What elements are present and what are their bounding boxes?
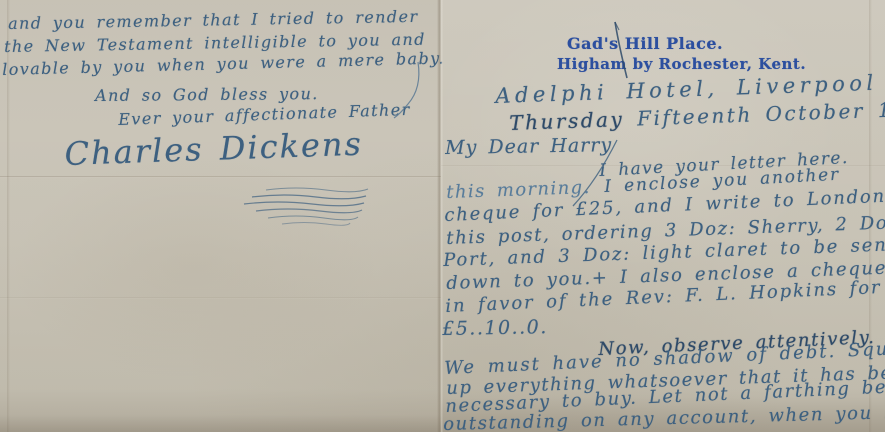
- letterhead-line-2: Higham by Rochester, Kent.: [557, 57, 806, 72]
- letter-page-left: and you remember that I tried to render …: [0, 0, 441, 432]
- closing-line: Ever your affectionate Father: [118, 102, 411, 128]
- fold-crease-horizontal: [0, 176, 441, 178]
- handwriting-line: and you remember that I tried to render: [8, 9, 419, 32]
- fold-crease-horizontal-faint: [0, 297, 441, 299]
- closing-blessing-line: And so God bless you.: [95, 86, 319, 104]
- signature-flourish: [238, 186, 372, 228]
- pen-stroke-flourish: [388, 60, 424, 122]
- signature: Charles Dickens: [64, 128, 363, 170]
- body-line: £5..10..0.: [442, 318, 548, 339]
- letter-page-right: Gad's Hill Place. Higham by Rochester, K…: [441, 0, 885, 432]
- letterhead-line-1: Gad's Hill Place.: [567, 36, 723, 52]
- letterhead-strikethrough: [605, 20, 637, 84]
- date-day: Thursday: [509, 107, 638, 135]
- letter-photo: and you remember that I tried to render …: [0, 0, 885, 432]
